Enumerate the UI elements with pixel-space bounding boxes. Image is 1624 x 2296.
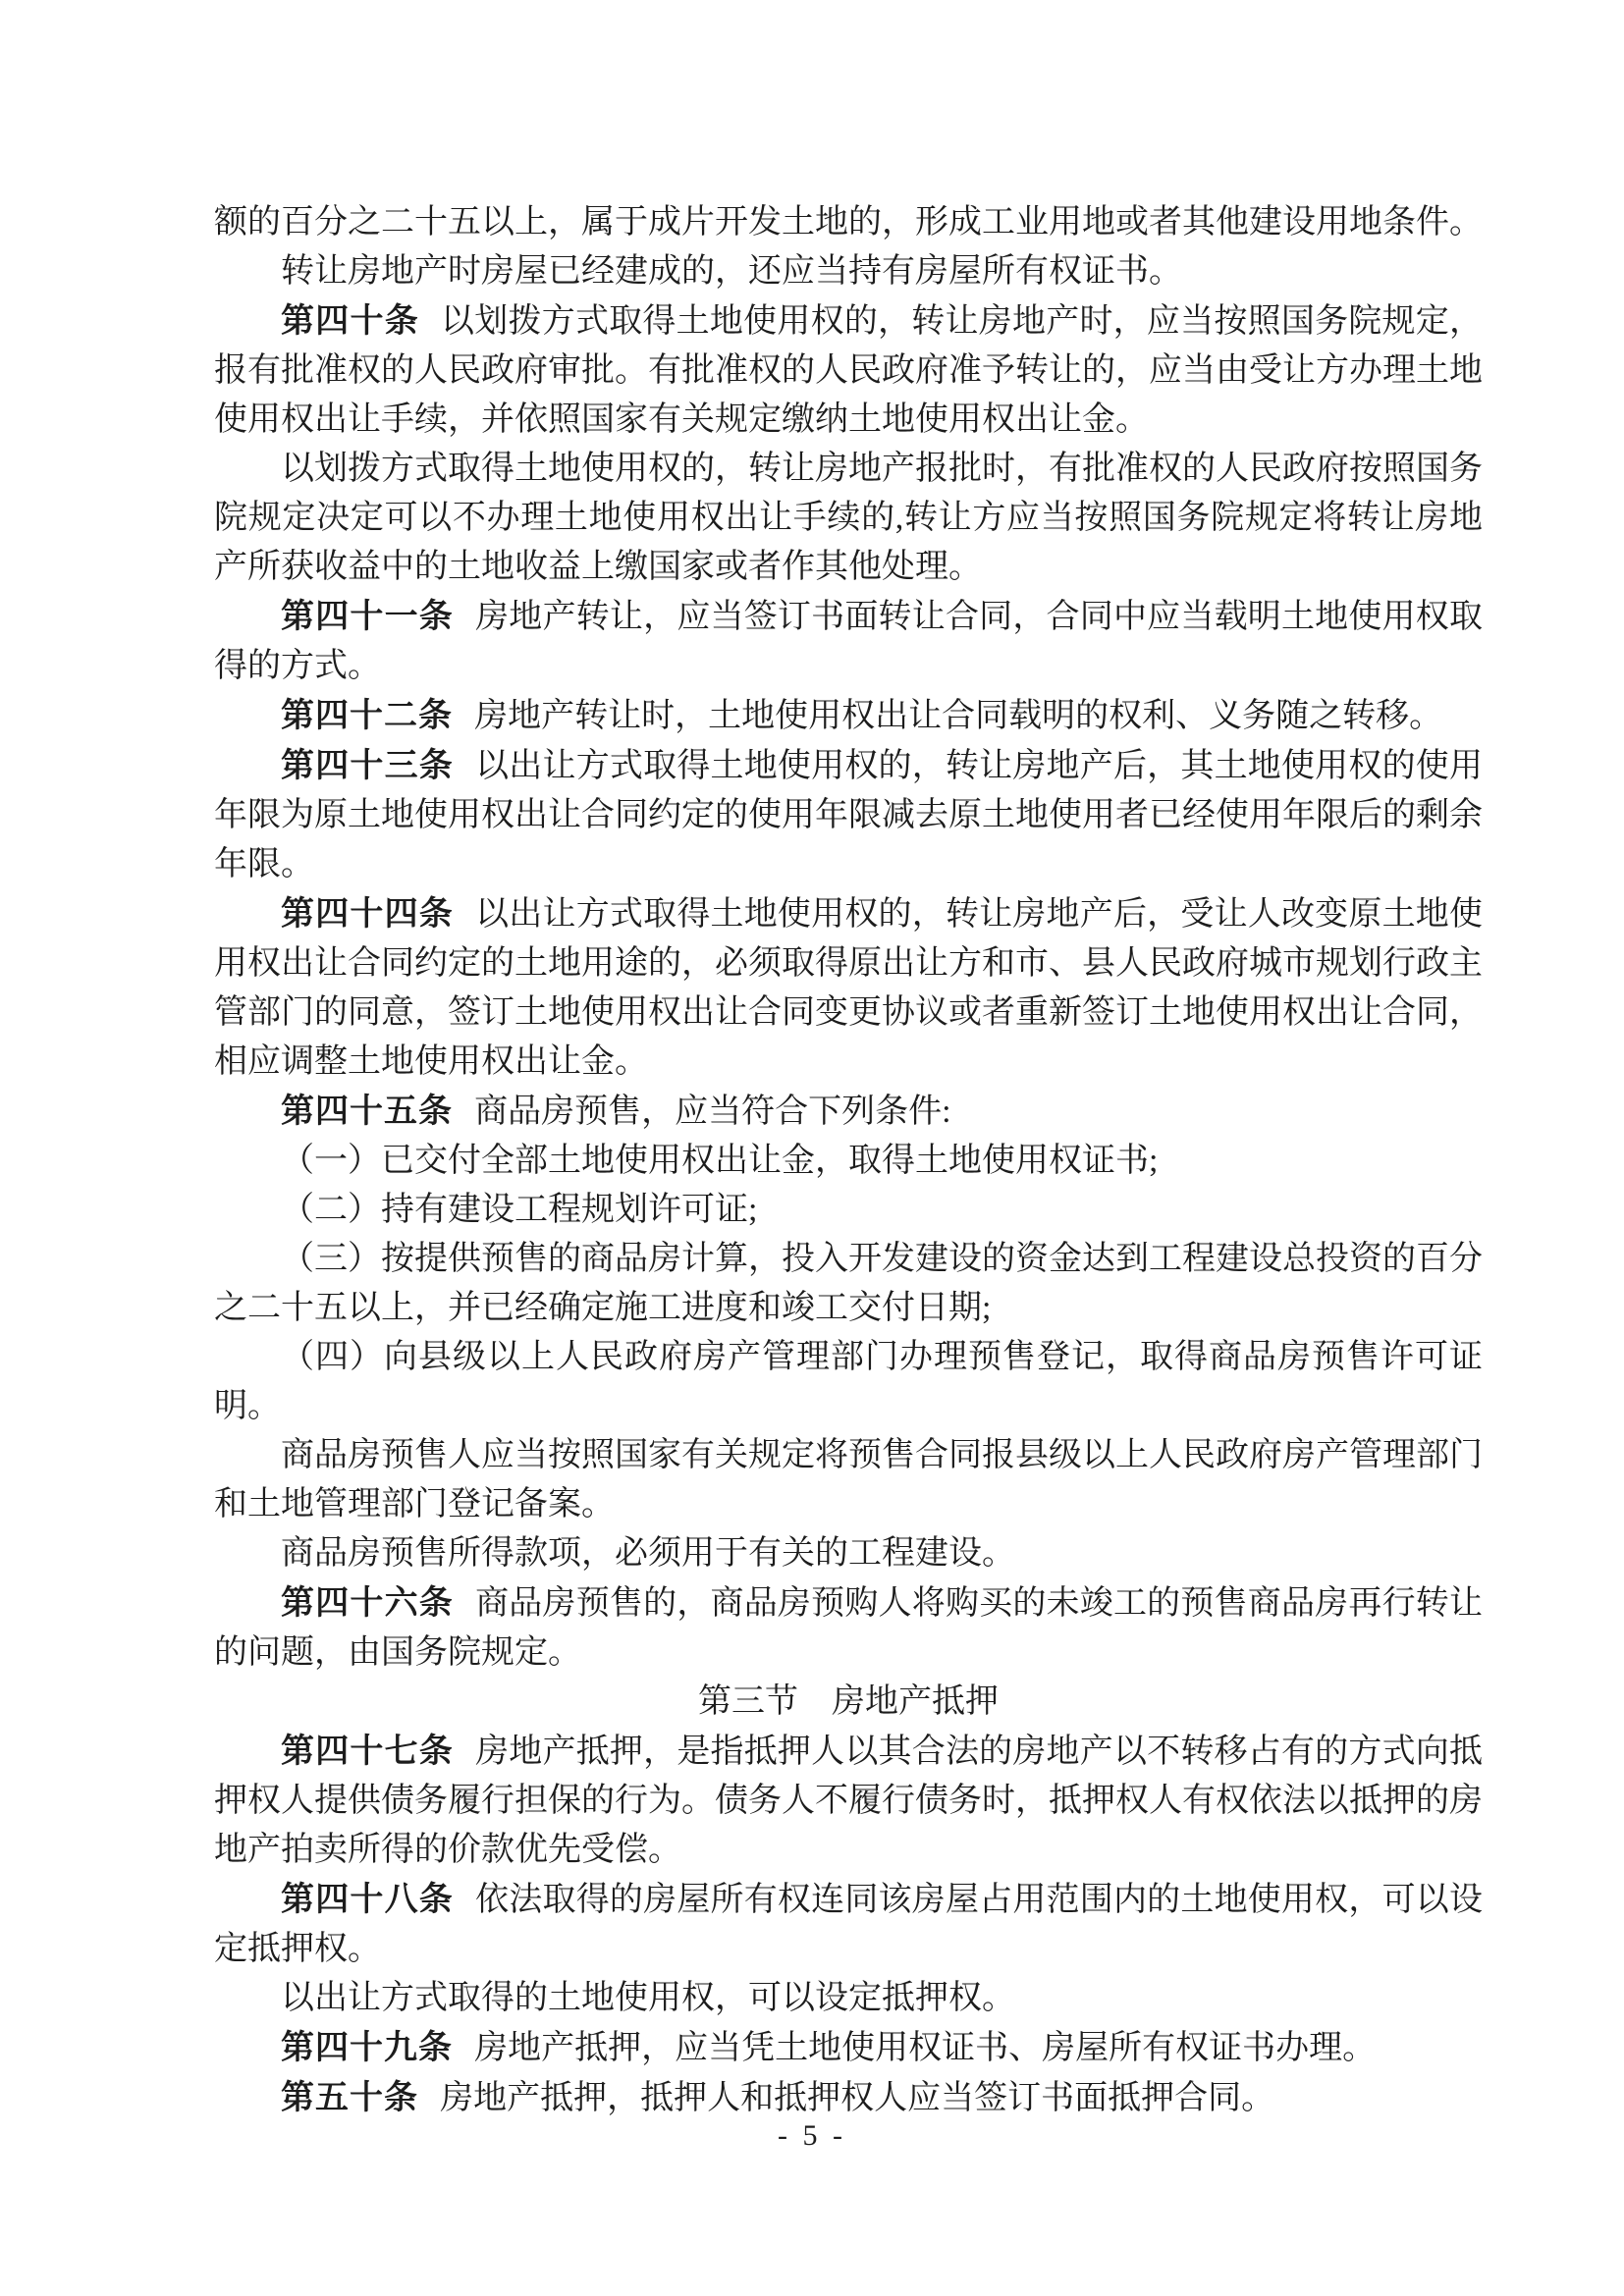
paragraph: 转让房地产时房屋已经建成的，还应当持有房屋所有权证书。: [214, 247, 1483, 296]
paragraph-text: 房地产转让时，土地使用权出让合同载明的权利、义务随之转移。: [474, 698, 1442, 734]
paragraph-text: 以出让方式取得的土地使用权，可以设定抵押权。: [281, 1980, 1015, 2016]
paragraph: （二）持有建设工程规划许可证;: [214, 1186, 1483, 1235]
paragraph-text: 额的百分之二十五以上，属于成片开发土地的，形成工业用地或者其他建设用地条件。: [214, 204, 1483, 240]
paragraph-text: 第三节 房地产抵押: [698, 1683, 999, 1720]
paragraph: （三）按提供预售的商品房计算，投入开发建设的资金达到工程建设总投资的百分之二十五…: [214, 1235, 1483, 1333]
paragraph-text: （二）持有建设工程规划许可证;: [281, 1192, 757, 1228]
paragraph-text: （三）按提供预售的商品房计算，投入开发建设的资金达到工程建设总投资的百分之二十五…: [214, 1241, 1483, 1326]
paragraph-text: 房地产抵押，应当凭土地使用权证书、房屋所有权证书办理。: [474, 2030, 1376, 2066]
article-number-label: 第四十七条: [281, 1733, 454, 1770]
paragraph: 第五十条房地产抵押，抵押人和抵押权人应当签订书面抵押合同。: [214, 2073, 1483, 2123]
paragraph-text: 房地产抵押，抵押人和抵押权人应当签订书面抵押合同。: [440, 2080, 1274, 2116]
paragraph: 第四十八条依法取得的房屋所有权连同该房屋占用范围内的土地使用权，可以设定抵押权。: [214, 1875, 1483, 1974]
article-number-label: 第四十三条: [281, 747, 454, 784]
paragraph: 第四十六条商品房预售的，商品房预购人将购买的未竣工的预售商品房再行转让的问题，由…: [214, 1578, 1483, 1678]
article-number-label: 第五十条: [281, 2079, 418, 2116]
document-body: 额的百分之二十五以上，属于成片开发土地的，形成工业用地或者其他建设用地条件。转让…: [214, 198, 1483, 2123]
paragraph-text: 商品房预售，应当符合下列条件:: [474, 1094, 950, 1130]
article-number-label: 第四十条: [281, 302, 419, 340]
paragraph: 第四十三条以出让方式取得土地使用权的，转让房地产后，其土地使用权的使用年限为原土…: [214, 741, 1483, 889]
paragraph: 额的百分之二十五以上，属于成片开发土地的，形成工业用地或者其他建设用地条件。: [214, 198, 1483, 247]
document-page: 额的百分之二十五以上，属于成片开发土地的，形成工业用地或者其他建设用地条件。转让…: [0, 0, 1624, 2296]
paragraph: 第四十九条房地产抵押，应当凭土地使用权证书、房屋所有权证书办理。: [214, 2023, 1483, 2073]
paragraph: （一）已交付全部土地使用权出让金，取得土地使用权证书;: [214, 1137, 1483, 1186]
paragraph: 第四十一条房地产转让，应当签订书面转让合同，合同中应当载明土地使用权取得的方式。: [214, 592, 1483, 691]
paragraph: 第四十七条房地产抵押，是指抵押人以其合法的房地产以不转移占有的方式向抵押权人提供…: [214, 1727, 1483, 1875]
paragraph: 第四十五条商品房预售，应当符合下列条件:: [214, 1087, 1483, 1137]
article-number-label: 第四十一条: [281, 598, 454, 635]
paragraph: 第四十二条房地产转让时，土地使用权出让合同载明的权利、义务随之转移。: [214, 691, 1483, 741]
paragraph-text: （一）已交付全部土地使用权出让金，取得土地使用权证书;: [281, 1143, 1158, 1179]
paragraph: 以出让方式取得的土地使用权，可以设定抵押权。: [214, 1974, 1483, 2023]
page-footer: - 5 -: [0, 2118, 1624, 2154]
paragraph-text: 商品房预售所得款项，必须用于有关的工程建设。: [281, 1535, 1015, 1572]
paragraph: 以划拨方式取得土地使用权的，转让房地产报批时，有批准权的人民政府按照国务院规定决…: [214, 445, 1483, 592]
paragraph: 第四十四条以出让方式取得土地使用权的，转让房地产后，受让人改变原土地使用权出让合…: [214, 889, 1483, 1087]
paragraph: 商品房预售人应当按照国家有关规定将预售合同报县级以上人民政府房产管理部门和土地管…: [214, 1431, 1483, 1529]
article-number-label: 第四十二条: [281, 697, 453, 734]
paragraph: 第四十条以划拨方式取得土地使用权的，转让房地产时，应当按照国务院规定，报有批准权…: [214, 296, 1483, 445]
paragraph-text: 商品房预售人应当按照国家有关规定将预售合同报县级以上人民政府房产管理部门和土地管…: [214, 1437, 1483, 1522]
paragraph: 商品房预售所得款项，必须用于有关的工程建设。: [214, 1529, 1483, 1578]
paragraph-text: 以划拨方式取得土地使用权的，转让房地产报批时，有批准权的人民政府按照国务院规定决…: [214, 451, 1483, 585]
article-number-label: 第四十九条: [281, 2029, 453, 2066]
article-number-label: 第四十五条: [281, 1093, 453, 1130]
article-number-label: 第四十四条: [281, 895, 454, 933]
page-number: - 5 -: [778, 2119, 846, 2152]
paragraph-text: （四）向县级以上人民政府房产管理部门办理预售登记，取得商品房预售许可证明。: [214, 1339, 1483, 1424]
paragraph: （四）向县级以上人民政府房产管理部门办理预售登记，取得商品房预售许可证明。: [214, 1333, 1483, 1431]
article-number-label: 第四十六条: [281, 1584, 454, 1622]
paragraph-text: 转让房地产时房屋已经建成的，还应当持有房屋所有权证书。: [281, 253, 1182, 290]
article-number-label: 第四十八条: [281, 1881, 454, 1918]
section-heading: 第三节 房地产抵押: [214, 1678, 1483, 1727]
